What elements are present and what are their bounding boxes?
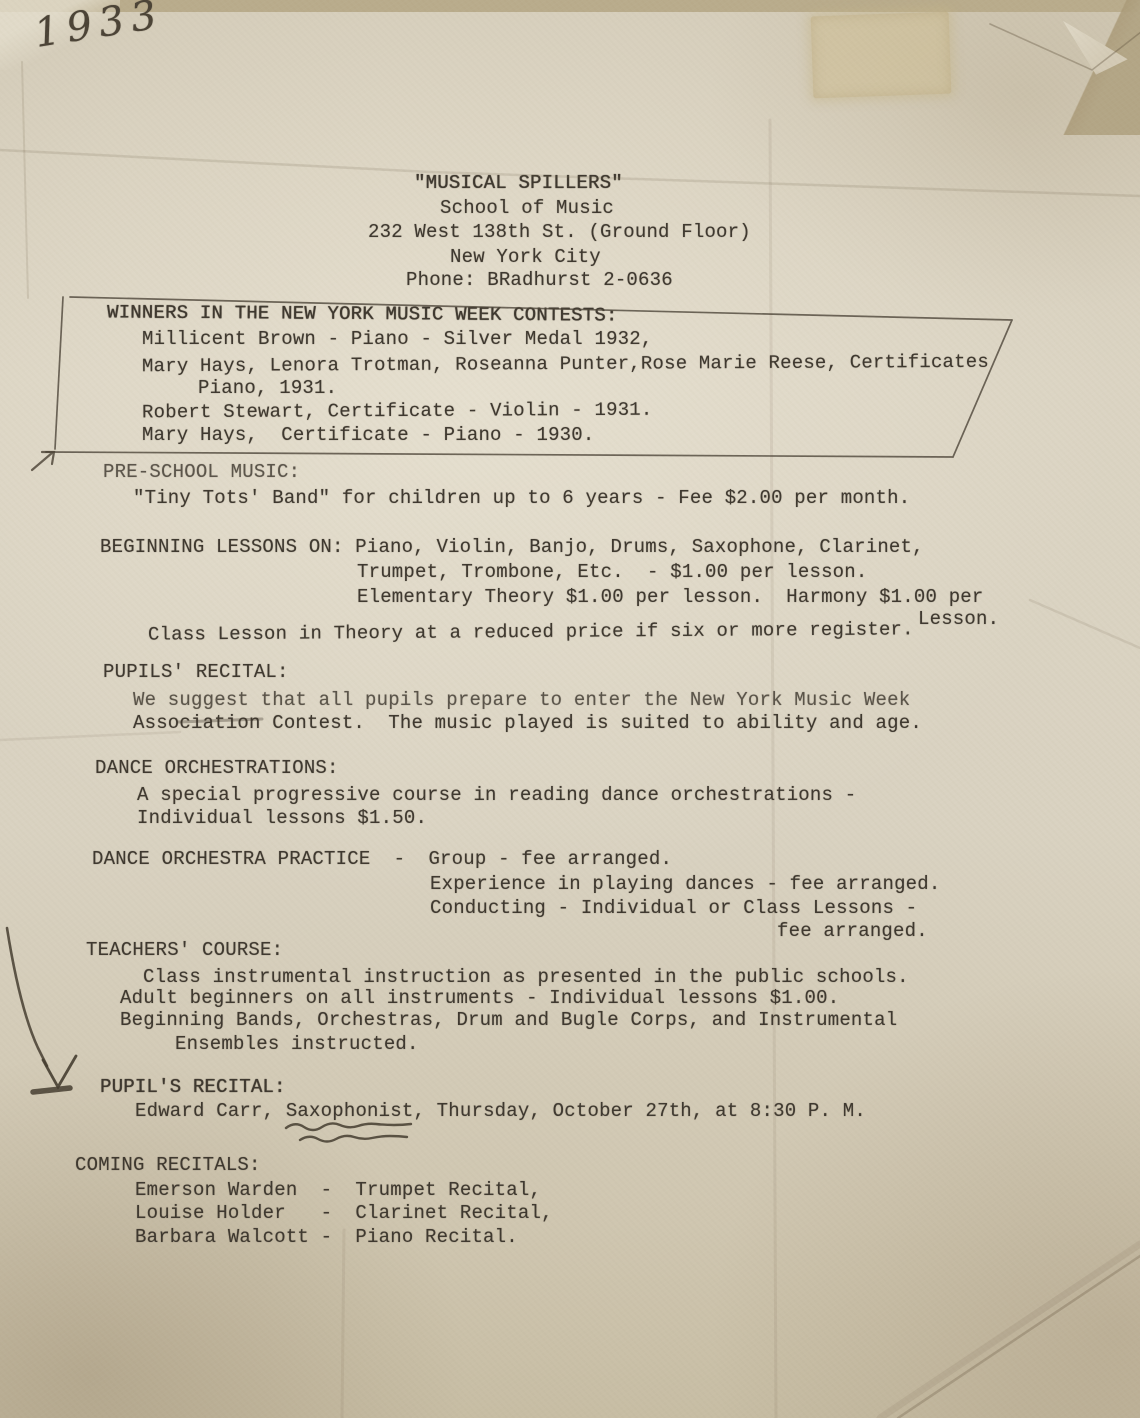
winners-heading: WINNERS IN THE NEW YORK MUSIC WEEK CONTE…	[107, 301, 618, 327]
school-title: "MUSICAL SPILLERS"	[414, 172, 623, 195]
teachers-course-line: Beginning Bands, Orchestras, Drum and Bu…	[120, 1009, 897, 1032]
coming-recital-item: Barbara Walcott - Piano Recital.	[135, 1226, 518, 1249]
teachers-course-line: Class instrumental instruction as presen…	[143, 966, 909, 989]
pupils-recital-heading: PUPILS' RECITAL:	[103, 661, 289, 684]
coming-recital-item: Louise Holder - Clarinet Recital,	[135, 1202, 553, 1225]
winners-entry: Millicent Brown - Piano - Silver Medal 1…	[142, 328, 652, 351]
dance-orchestrations-line: Individual lessons $1.50.	[137, 807, 427, 830]
dance-practice-line: DANCE ORCHESTRA PRACTICE - Group - fee a…	[92, 848, 672, 871]
beginning-lessons-line: Trumpet, Trombone, Etc. - $1.00 per less…	[357, 561, 867, 584]
dance-practice-line: fee arranged.	[777, 920, 928, 943]
dance-practice-line: Conducting - Individual or Class Lessons…	[430, 897, 917, 920]
pupils-recital-line: We suggest that all pupils prepare to en…	[133, 689, 910, 712]
school-address: 232 West 138th St. (Ground Floor)	[368, 221, 751, 244]
winners-entry: Piano, 1931.	[198, 377, 337, 400]
beginning-lessons-line: Elementary Theory $1.00 per lesson. Harm…	[357, 586, 984, 609]
recital-datetime: , Thursday, October 27th, at 8:30 P. M.	[413, 1100, 865, 1122]
winners-entry: Mary Hays, Certificate - Piano - 1930.	[142, 424, 594, 447]
pupil-recital-line: Edward Carr, Saxophonist, Thursday, Octo…	[135, 1100, 866, 1123]
tape-residue	[811, 12, 952, 99]
recital-instrument-underlined: Saxophonist	[286, 1100, 414, 1122]
teachers-course-line: Adult beginners on all instruments - Ind…	[120, 987, 839, 1010]
winners-entry: Mary Hays, Lenora Trotman, Roseanna Punt…	[142, 351, 989, 378]
coming-recitals-heading: COMING RECITALS:	[75, 1154, 261, 1177]
dance-orchestrations-heading: DANCE ORCHESTRATIONS:	[95, 757, 339, 780]
dance-practice-line: Experience in playing dances - fee arran…	[430, 873, 940, 896]
beginning-lessons-line: Lesson.	[918, 608, 999, 631]
teachers-course-heading: TEACHERS' COURSE:	[86, 939, 283, 962]
winners-entry: Robert Stewart, Certificate - Violin - 1…	[142, 399, 653, 425]
coming-recital-item: Emerson Warden - Trumpet Recital,	[135, 1179, 541, 1202]
recital-performer: Edward Carr,	[135, 1100, 286, 1122]
pupil-recital-heading: PUPIL'S RECITAL:	[100, 1076, 286, 1099]
teachers-course-line: Ensembles instructed.	[175, 1033, 419, 1056]
pupils-recital-line: Association Contest. The music played is…	[133, 712, 922, 735]
beginning-lessons-line: BEGINNING LESSONS ON: Piano, Violin, Ban…	[100, 536, 924, 559]
dance-orchestrations-line: A special progressive course in reading …	[137, 784, 856, 807]
school-city: New York City	[450, 246, 601, 269]
preschool-body: "Tiny Tots' Band" for children up to 6 y…	[133, 487, 910, 510]
preschool-heading: PRE-SCHOOL MUSIC:	[103, 461, 300, 484]
school-subtitle: School of Music	[440, 197, 614, 220]
school-phone: Phone: BRadhurst 2-0636	[406, 269, 673, 292]
